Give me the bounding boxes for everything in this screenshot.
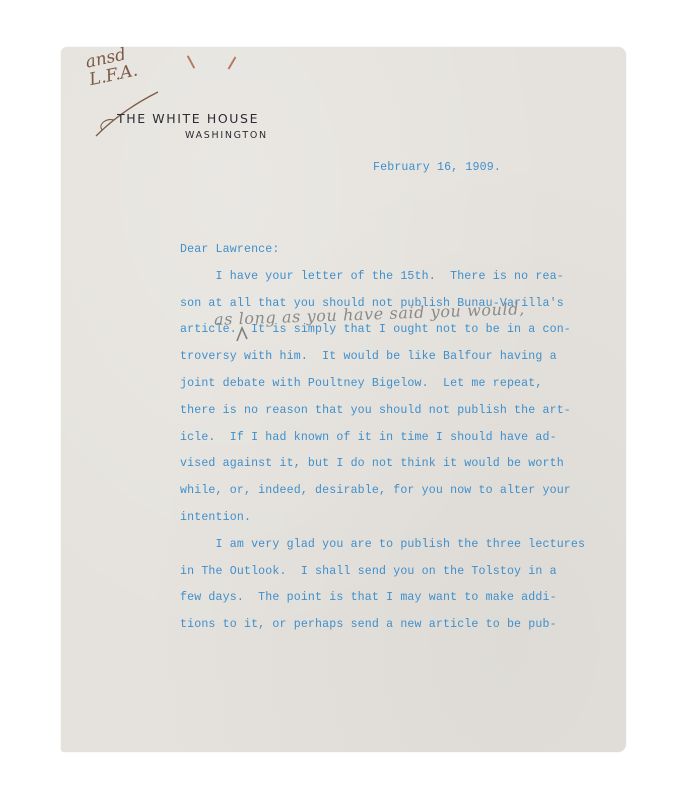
letterhead-subtitle: WASHINGTON bbox=[185, 130, 268, 141]
body-line: intention. bbox=[180, 510, 585, 537]
body-line: I have your letter of the 15th. There is… bbox=[180, 269, 585, 296]
body-line: joint debate with Poultney Bigelow. Let … bbox=[180, 376, 585, 403]
body-line: while, or, indeed, desirable, for you no… bbox=[180, 483, 585, 510]
body-line: few days. The point is that I may want t… bbox=[180, 590, 585, 617]
body-line: there is no reason that you should not p… bbox=[180, 403, 585, 430]
body-line: in The Outlook. I shall send you on the … bbox=[180, 564, 585, 591]
body-line: I am very glad you are to publish the th… bbox=[180, 537, 585, 564]
handwritten-flourish-icon bbox=[92, 80, 162, 140]
body-line: tions to it, or perhaps send a new artic… bbox=[180, 617, 585, 644]
salutation: Dear Lawrence: bbox=[180, 242, 585, 269]
letterhead-title: THE WHITE HOUSE bbox=[117, 111, 259, 126]
body-line: vised against it, but I do not think it … bbox=[180, 456, 585, 483]
insertion-caret-icon bbox=[235, 326, 249, 342]
letter-date: February 16, 1909. bbox=[373, 161, 501, 174]
body-line: troversy with him. It would be like Balf… bbox=[180, 349, 585, 376]
body-line: icle. If I had known of it in time I sho… bbox=[180, 430, 585, 457]
